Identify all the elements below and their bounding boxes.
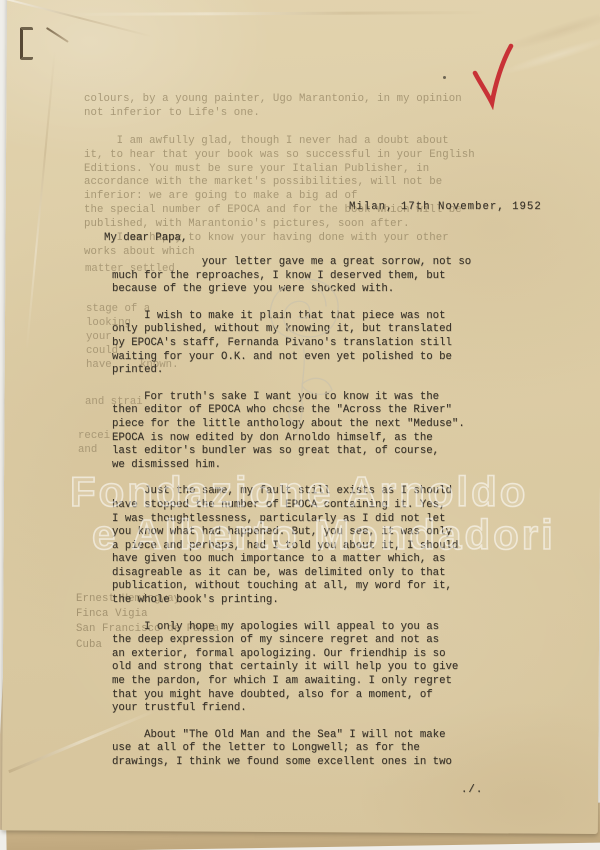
ghost-fragment: have xyxy=(86,359,112,371)
salutation: My dear Papa, xyxy=(104,232,187,246)
ghost-fragment: and xyxy=(78,444,97,456)
date-line: Milan, 17th November, 1952 xyxy=(349,201,542,215)
letter-paragraph: your letter gave me a great sorrow, not … xyxy=(112,256,552,297)
letter-paragraph: About "The Old Man and the Sea" I will n… xyxy=(112,729,552,770)
ghost-fragment: your xyxy=(86,331,112,343)
ghost-fragment: recei xyxy=(78,430,110,442)
continuation-mark: ./. xyxy=(461,784,483,798)
scanned-letter-page: { "document": { "kind": "typewritten let… xyxy=(0,0,600,850)
letter-paragraph: I wish to make it plain that that piece … xyxy=(112,310,552,378)
letter-body: your letter gave me a great sorrow, not … xyxy=(112,256,552,783)
letter-paragraph: I only hope my apologies will appeal to … xyxy=(112,621,552,716)
letter-paragraph: For truth's sake I want you to know it w… xyxy=(112,391,552,473)
letter-paragraph: Just the same, my fault still exists as … xyxy=(112,485,552,607)
